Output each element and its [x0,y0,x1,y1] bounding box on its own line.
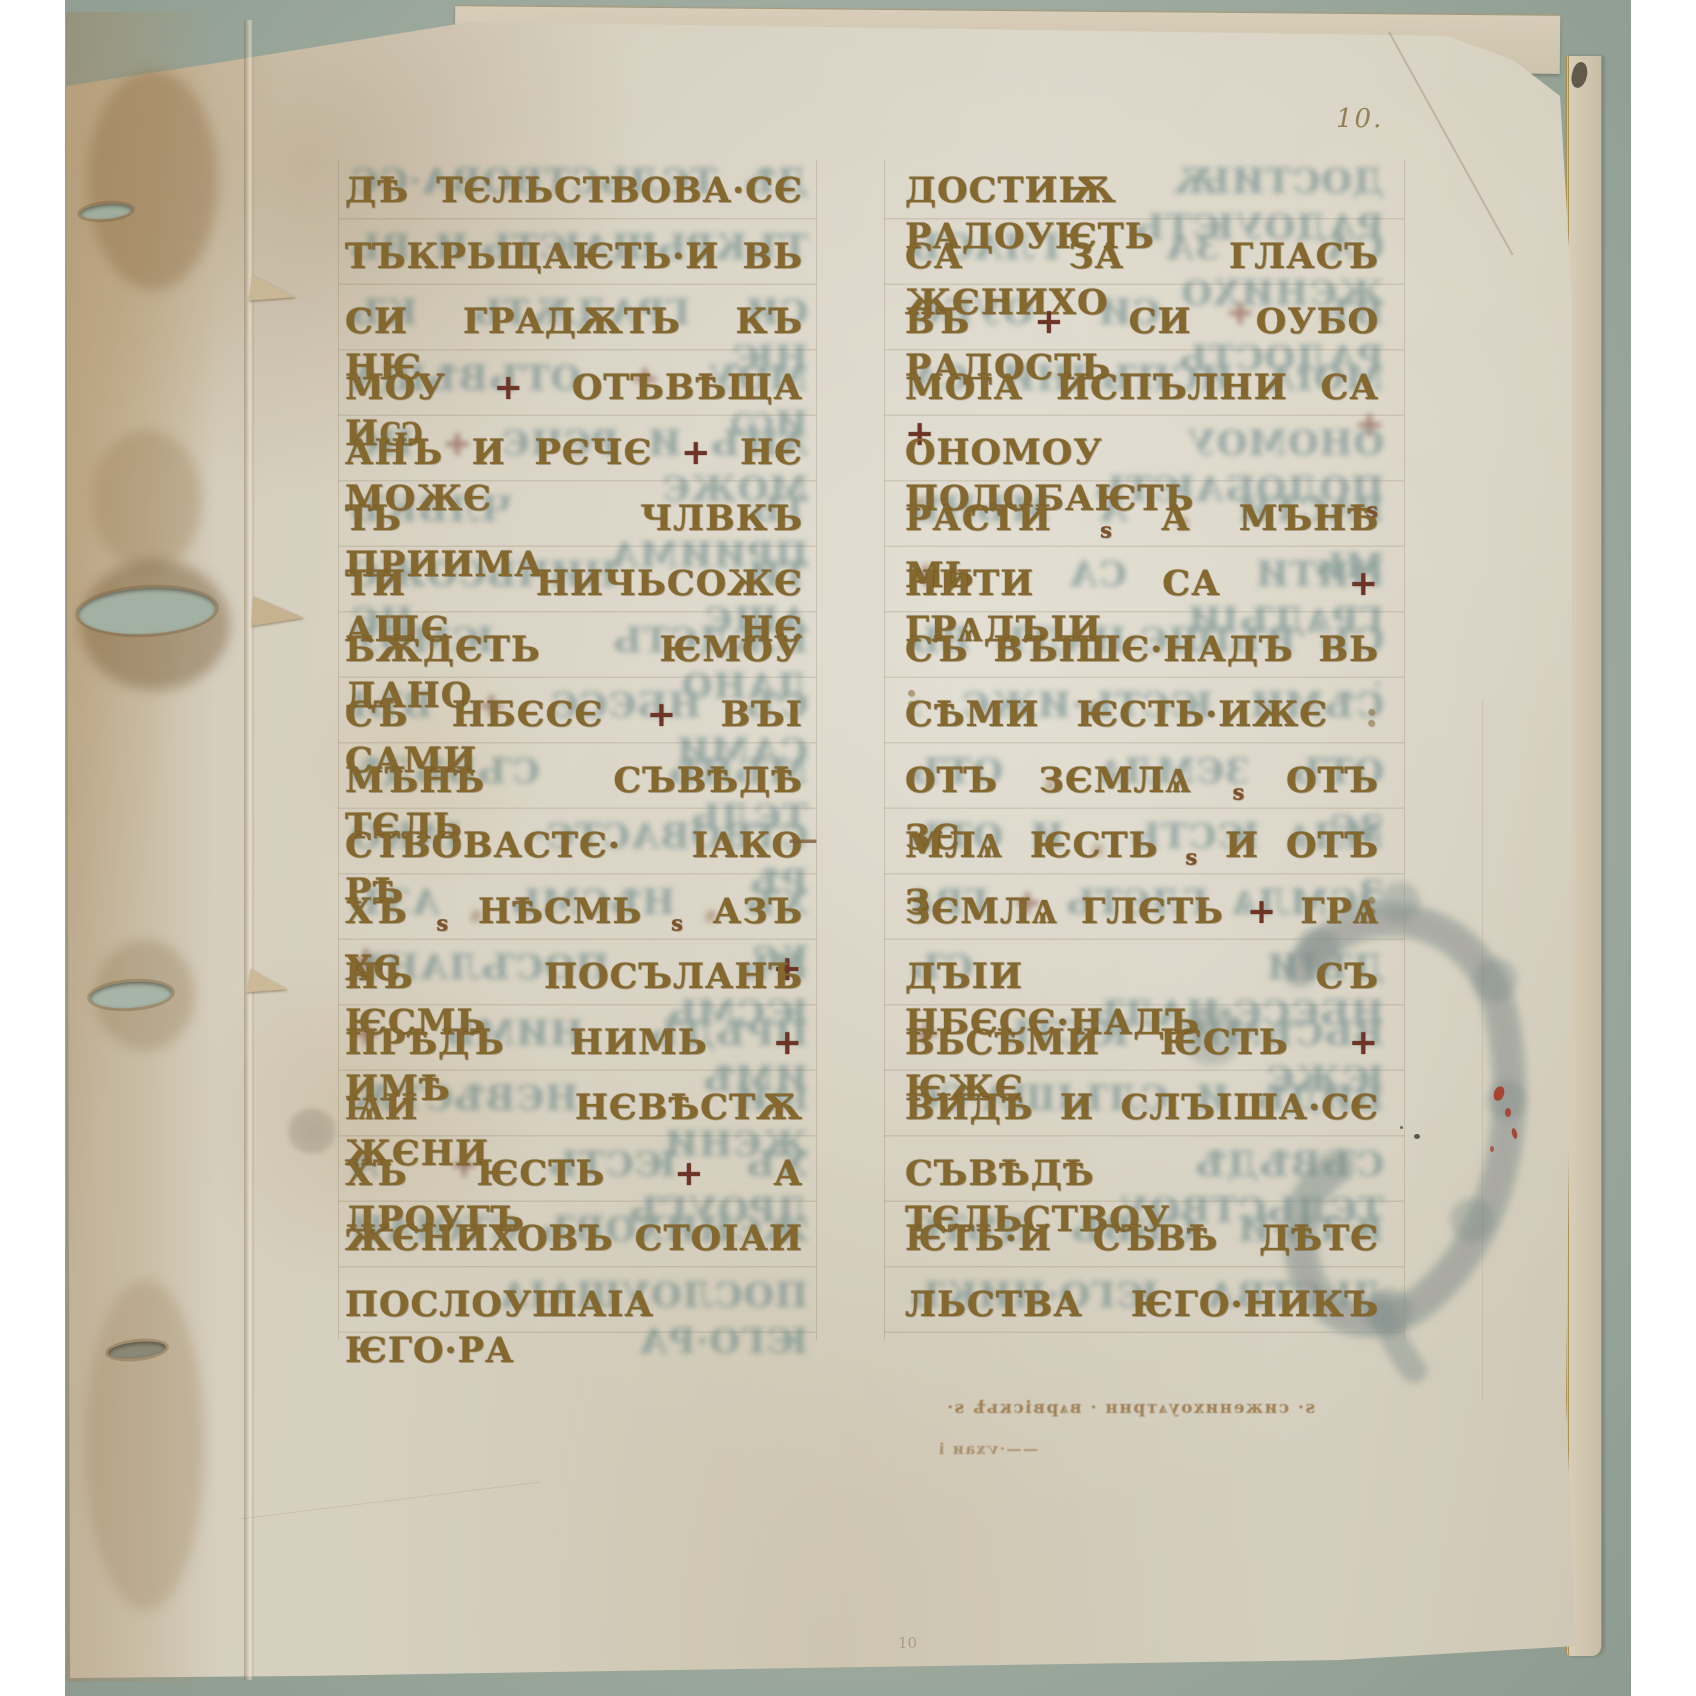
manuscript-text-line: ЛЬСТВА ѤГО·НИКЪ [905,1282,1379,1330]
bottom-faint-mark: 10 [898,1634,917,1652]
footer-showthrough-note: ѕ· сиженихоуѧтрнн · вѧрвіскьѣ ѕ· [895,1398,1315,1418]
manuscript-text-line: ВИДѢ И СЛЪІША·СЄ [905,1085,1379,1133]
manuscript-text-line: РАСТИ ѕ А МЪНѢ МЬ [905,496,1379,544]
manuscript-text-line: СТВОВАСТЄ· ІАКО РѢ [345,823,803,871]
manuscript-text-line: ОНОМОУ ПОДОБАѤТЬ ѕ [905,430,1379,478]
crease-line [1482,700,1483,1400]
manuscript-text-line: ХЪ ѕ НѢСМЬ ѕ АЗЪ ХС + [345,889,803,937]
footer-showthrough-note-2: ——·ѵхаи і [898,1440,1038,1458]
parchment-flap [251,596,305,630]
text-column-left: ДѢ ТЄЛЬСТВОВА·СЄТЪКРЬЩАѤТЬ·И ВЬСИ ГРАДѪТ… [345,168,803,1368]
manuscript-text-line: ЖЄНИХОВЪ СТОІАИ [345,1216,803,1264]
ruling-line-vertical [816,160,817,1340]
red-ink-speck [1490,1146,1494,1152]
margin-dash-mark: — [788,822,848,857]
manuscript-photo: ДѢ ТЄЛЬСТВОВА·СЄТЪКРЬЩАѤТЬ·И ВЬСИ ГРАДѪТ… [0,0,1696,1696]
manuscript-text-line: ВЬСѢМИ ѤСТЬ + ѤЖЄ [905,1020,1379,1068]
binding-stain [92,430,202,570]
manuscript-text-line: АНЪ И РЄЧЄ + НЄ МОЖЄ [345,430,803,478]
dark-speck [1414,1134,1420,1139]
manuscript-text-line: ОТЪ ЗЄМЛѦ ѕ ОТЪ ЗЄ [905,758,1379,806]
manuscript-text-line: ДОСТИѬ РАДОУѤТЬ [905,168,1379,216]
manuscript-text-line: МЪНѢ СЪВѢДѢ ТЄЛЬ [345,758,803,806]
manuscript-text-line: МОІА ИСПЪЛНИ СА + [905,365,1379,413]
manuscript-text-line: ТИ НИЧЬСОЖЄ АЩЄ НЄ [345,561,803,609]
binding-stain [85,1280,205,1610]
manuscript-text-line: ДѢ ТЄЛЬСТВОВА·СЄ [345,168,803,216]
parchment-stain [286,1108,338,1154]
red-ink-speck [1505,1108,1511,1117]
manuscript-text-line: ѨИ НЄВѢСТѪ ЖЄНИ [345,1085,803,1133]
manuscript-text-line: ХЪ ѤСТЬ + А ДРОУГЪ [345,1151,803,1199]
manuscript-text-line: СѢМИ ѤСТЬ·ИЖЄ : [905,692,1379,740]
manuscript-text-line: ДЪІИ СЪ НБЄСЄ·НАДЪ [905,954,1379,1002]
text-column-right: ДОСТИѬ РАДОУѤТЬСА ЗА ГЛАСЪ ЖЄНИХОВЪ + СИ… [905,168,1379,1368]
manuscript-text-line: СА ЗА ГЛАСЪ ЖЄНИХО [905,234,1379,282]
manuscript-text-line: МОУ + ОТЪВѢЩА ИѠ [345,365,803,413]
manuscript-text-line: ТЬ ЧЛВКЪ ПРИИМА [345,496,803,544]
manuscript-text-line: СЪ НБЄСЄ + ВЪІ САМИ [345,692,803,740]
binding-stain [88,70,218,290]
manuscript-text-line: НИТИ СА + ГРѦДЪІИ [905,561,1379,609]
manuscript-text-line: СИ ГРАДѪТЬ КЪ НѤ [345,299,803,347]
manuscript-text-line: НЪ ПОСЪЛАНЪ ѤСМЬ [345,954,803,1002]
manuscript-text-line: ЗЄМЛѦ ГЛЄТЬ + ГРѦ [905,889,1379,937]
manuscript-text-line: ТЪКРЬЩАѤТЬ·И ВЬ [345,234,803,282]
manuscript-text-line: ПОСЛОУШАІА ѤГО·РА [345,1282,803,1330]
dark-speck [1400,1126,1403,1129]
page-number: 10. [1336,104,1383,134]
manuscript-text-line: БѪДЄТЬ ѤМОУ ДАНО [345,627,803,675]
manuscript-text-line: СЪВѢДѢ ТЄЛЬСТВОУ [905,1151,1379,1199]
manuscript-text-line: ПРѢДЪ НИМЬ + ИМѢ [345,1020,803,1068]
manuscript-text-line: ВЪ + СИ ОУБО РАДОСТЬ [905,299,1379,347]
manuscript-text-line: СЪ ВЪІШЄ·НАДЪ ВЬ : [905,627,1379,675]
binding-fold-line [244,20,254,1680]
manuscript-text-line: МЛѦ ѤСТЬ ѕ И ОТЪ З : [905,823,1379,871]
manuscript-text-line: ѤТЬ·И СЪВѢ ДѢТЄ [905,1216,1379,1264]
